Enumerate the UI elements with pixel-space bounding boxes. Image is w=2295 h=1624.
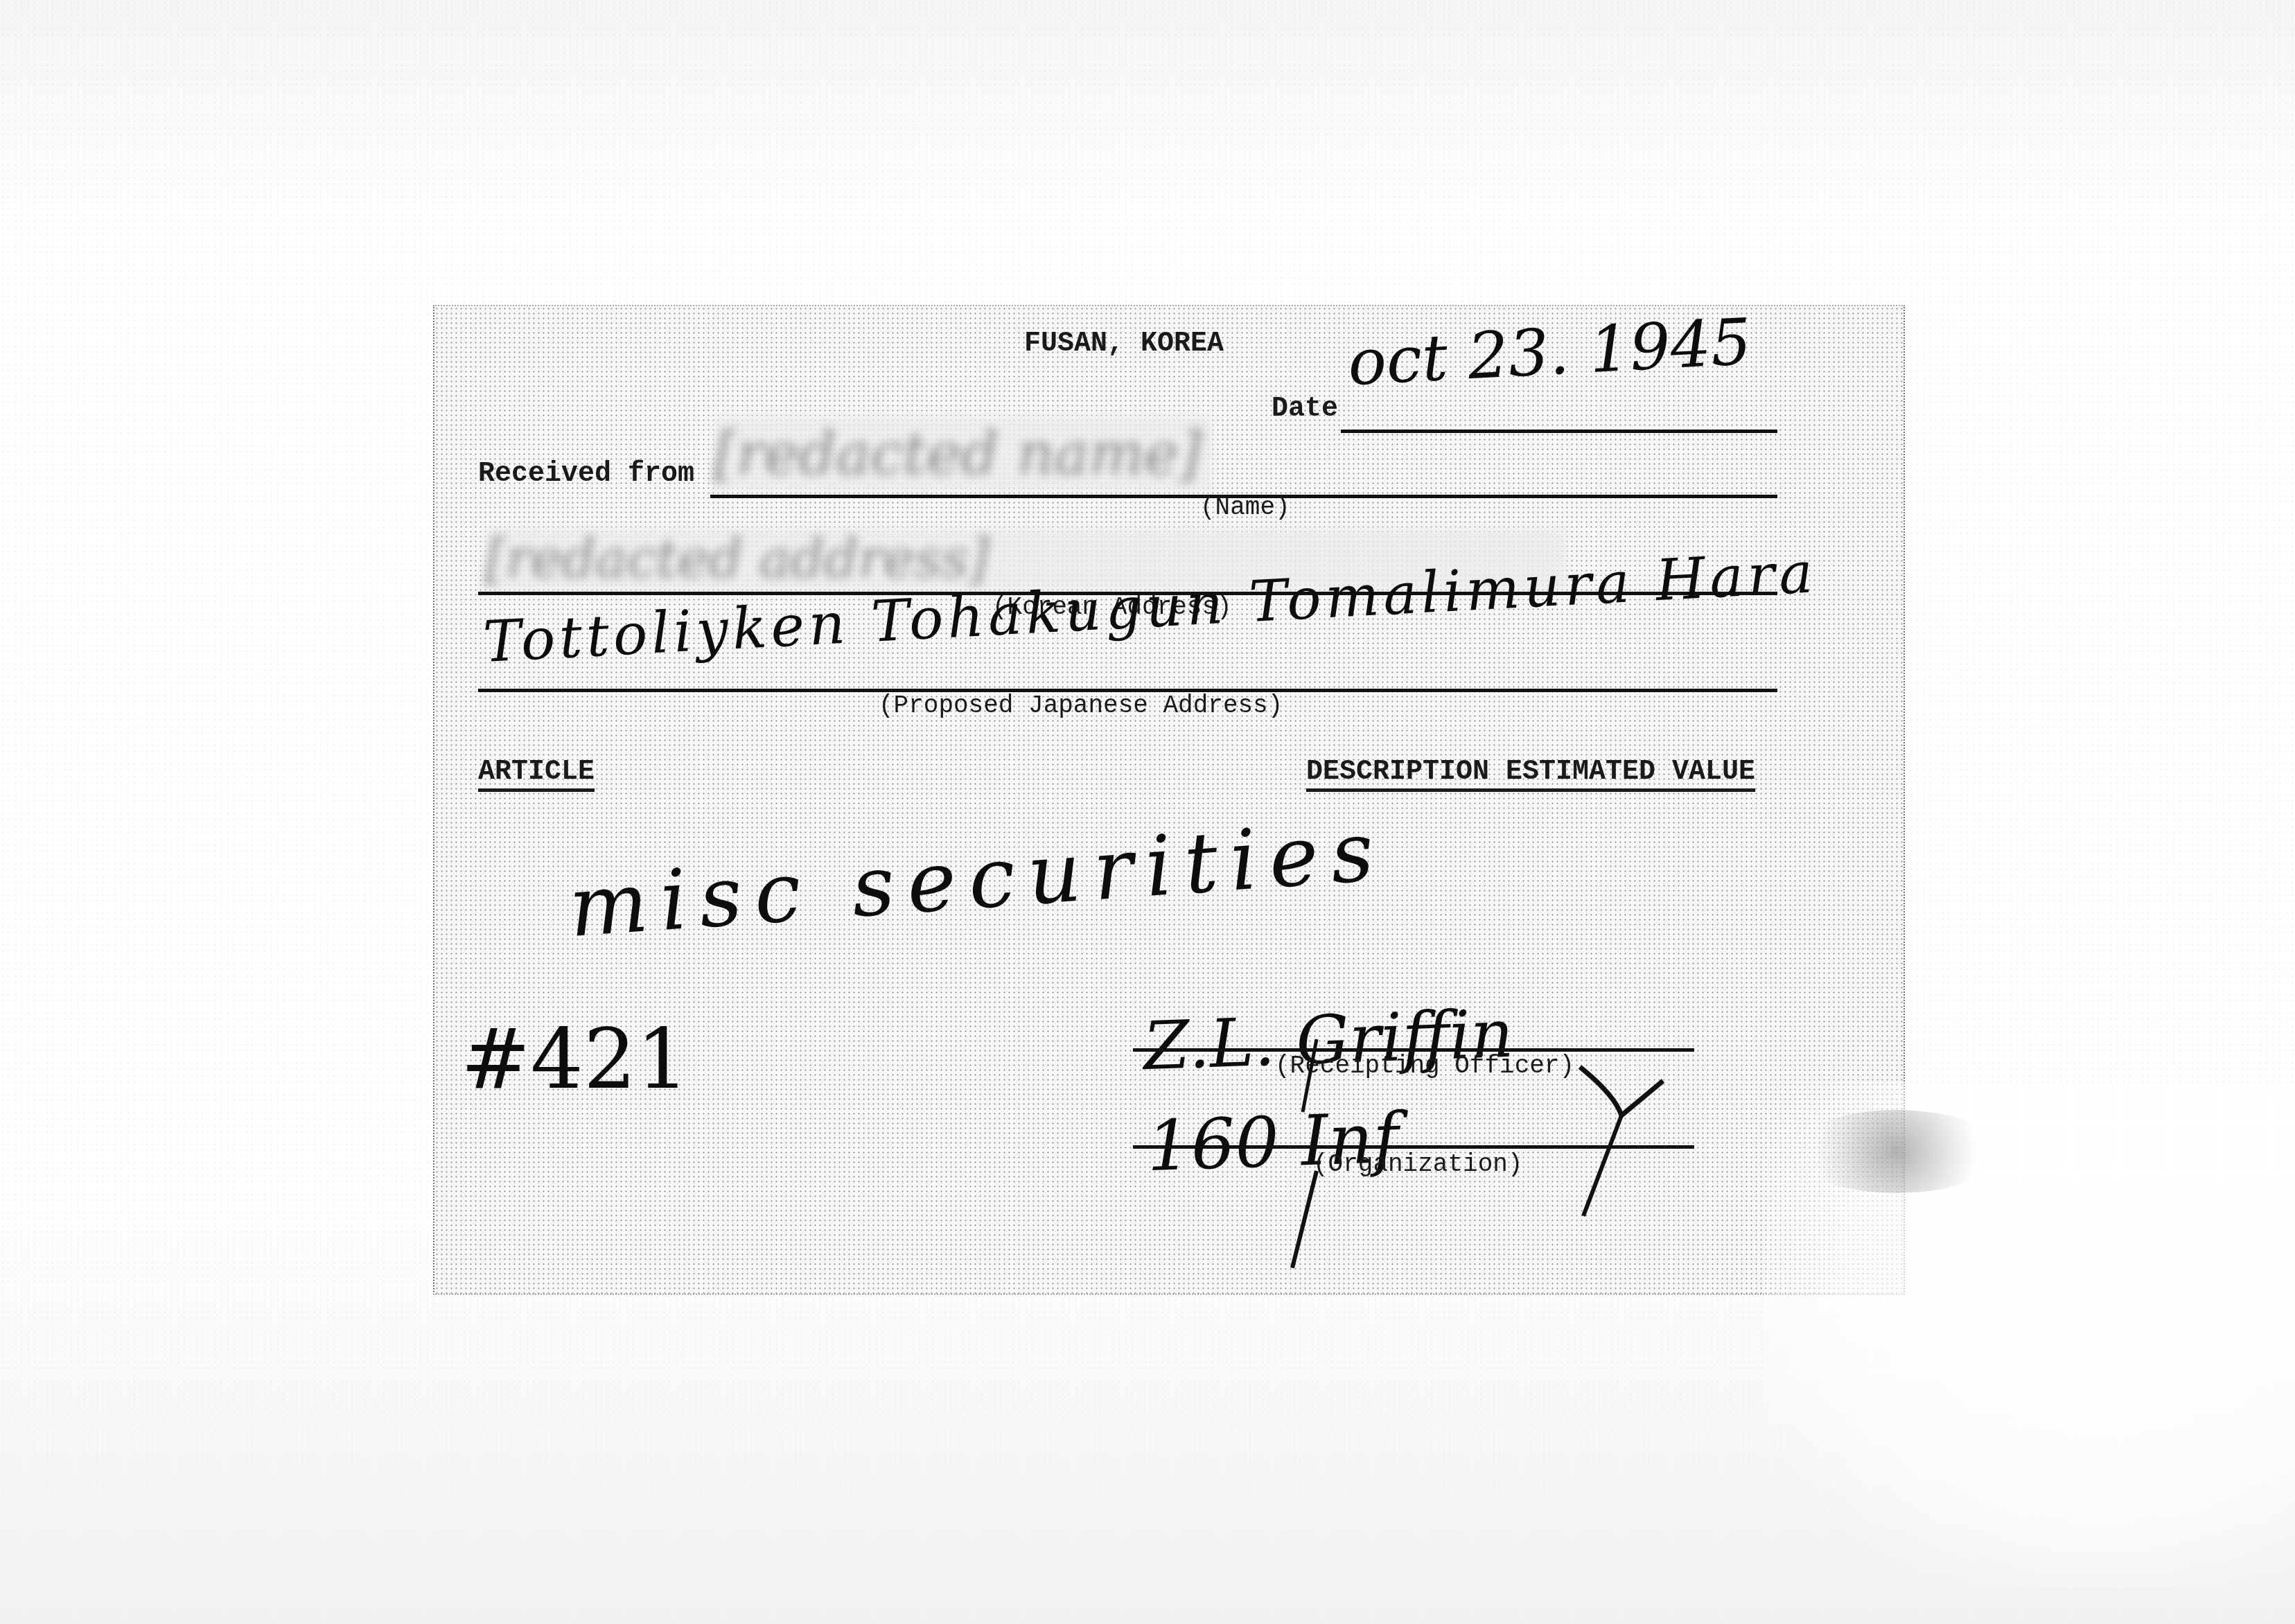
signature-flourish-strokes — [0, 0, 2295, 1624]
